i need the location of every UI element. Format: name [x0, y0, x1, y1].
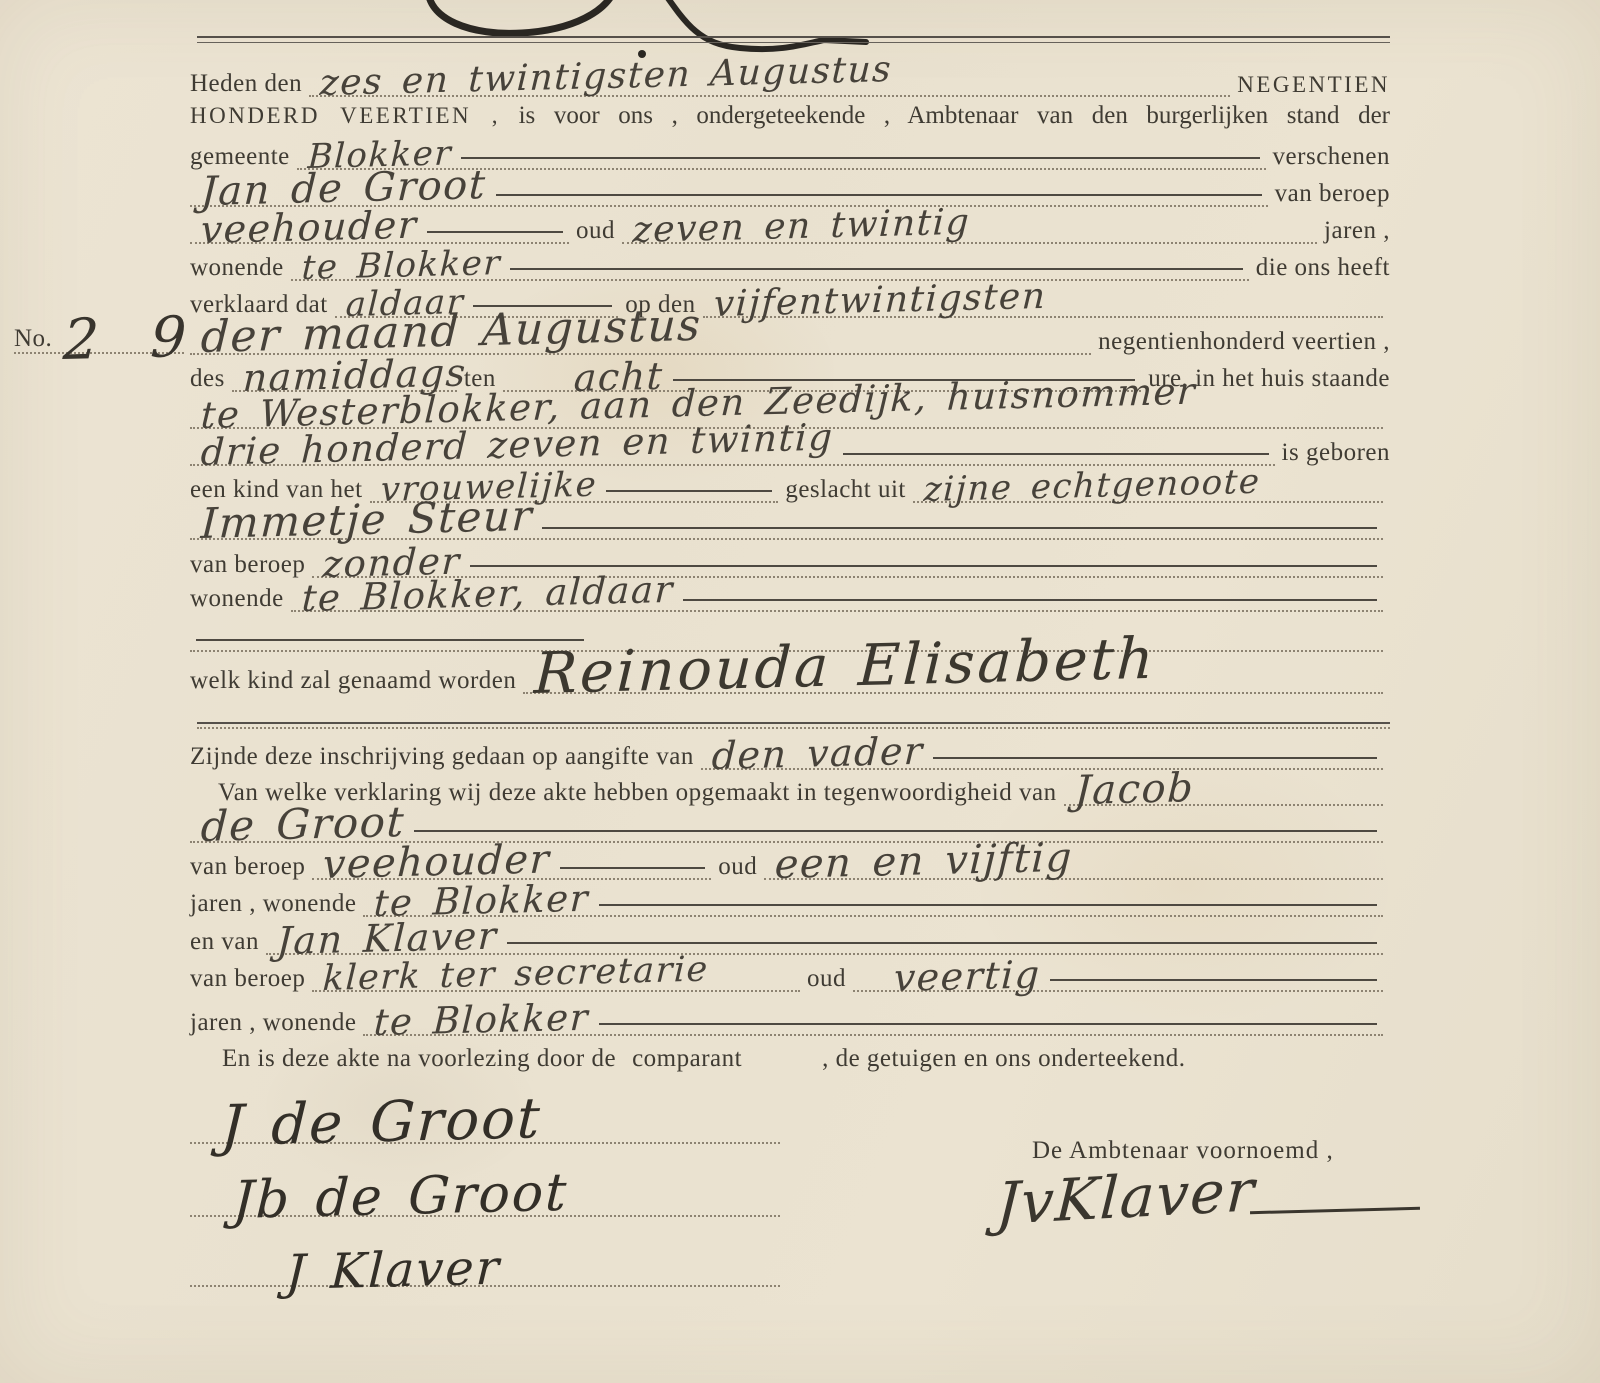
line-birth-month: der maand Augustus negentienhonderd veer… [190, 313, 1390, 355]
top-divider-rule [197, 36, 1390, 45]
handwritten-date: zes en twintigsten Augustus [319, 54, 893, 100]
handwritten-witness2-occupation: klerk ter secretarie [322, 954, 709, 995]
line-mother-name: Immetje Steur [190, 498, 1390, 540]
birth-certificate-scan: No. 2 9 Heden den zes en twintigsten Aug… [0, 0, 1600, 1383]
handwritten-mother-residence: te Blokker, aldaar [301, 573, 674, 615]
line-witness1-residence: jaren , wonende te Blokker [190, 875, 1390, 917]
printed-van-beroep: van beroep [190, 966, 305, 992]
line-date: Heden den zes en twintigsten Augustus NE… [190, 55, 1390, 97]
fill-mother-name: Immetje Steur [190, 505, 1383, 540]
line-year-officiant: HONDERD VEERTIEN , is voor ons , onderge… [190, 102, 1390, 130]
printed-wonende: wonende [190, 586, 284, 612]
line-house-number: drie honderd zeven en twintig is geboren [190, 424, 1390, 466]
signature-row-1: J de Groot [190, 1072, 780, 1144]
line-witness2-name: en van Jan Klaver [190, 913, 1390, 955]
line-gemeente: gemeente Blokker verschenen [190, 128, 1390, 170]
printed-heden-den: Heden den [190, 71, 302, 97]
line-witness1-occupation-age: van beroep veehouder oud een en vijftig [190, 838, 1390, 880]
printed-oud: oud [807, 966, 846, 992]
official-signature: JvKlaver [985, 1178, 1420, 1225]
fill-mother-residence: te Blokker, aldaar [291, 582, 1383, 612]
act-number-label: No. [14, 326, 52, 352]
line-mother-residence: wonende te Blokker, aldaar [190, 570, 1390, 612]
fill-witness2-age: veertig [853, 961, 1383, 992]
signature-flourish [1250, 1207, 1420, 1214]
printed-honderd-veertien: HONDERD VEERTIEN , [190, 103, 500, 128]
printed-comparant: comparant [632, 1046, 742, 1072]
handwritten-child-name: Reinouda Elisabeth [533, 633, 1158, 700]
printed-negentien: NEGENTIEN [1237, 73, 1390, 97]
printed-closing-end: , de getuigen en ons onderteekend. [822, 1046, 1185, 1072]
signature-j-klaver: J Klaver [285, 1247, 502, 1295]
act-number-value: 2 9 [62, 312, 201, 366]
signature-row-3: J Klaver [190, 1215, 780, 1287]
handwritten-witness2-age: veertig [893, 957, 1041, 995]
printed-closing-start: En is deze akte na voorlezing door de [222, 1046, 616, 1072]
act-number: No. 2 9 [14, 298, 184, 354]
line-declarant-occupation-age: veehouder oud zeven en twintig jaren , [190, 202, 1390, 244]
struck-blank [677, 598, 1383, 610]
fill-date: zes en twintigsten Augustus [309, 68, 1230, 97]
line-witness1-surname: de Groot [190, 801, 1390, 843]
struck-blank [1044, 978, 1383, 990]
line-closing: En is deze akte na voorlezing door de co… [190, 1030, 1390, 1072]
fill-child-name: Reinouda Elisabeth [523, 649, 1383, 694]
blank-space [896, 83, 1231, 95]
line-declarant-residence: wonende te Blokker die ons heeft [190, 239, 1390, 281]
blank-space [1160, 680, 1383, 692]
signature-row-2: Jb de Groot [190, 1145, 780, 1217]
fill-witness2-occupation: klerk ter secretarie [312, 964, 800, 993]
printed-officiant-text: is voor ons , ondergeteekende , Ambtenaa… [519, 102, 1390, 129]
line-witness2-occupation-age: van beroep klerk ter secretarie oud veer… [190, 950, 1390, 992]
line-child-name: welk kind zal genaamd worden Reinouda El… [190, 648, 1390, 694]
line-declarant-name: Jan de Groot van beroep [190, 165, 1390, 207]
signature-ambtenaar: JvKlaver [995, 1164, 1257, 1230]
signature-j-de-groot: J de Groot [220, 1094, 543, 1152]
printed-welk-kind: welk kind zal genaamd worden [190, 668, 516, 694]
